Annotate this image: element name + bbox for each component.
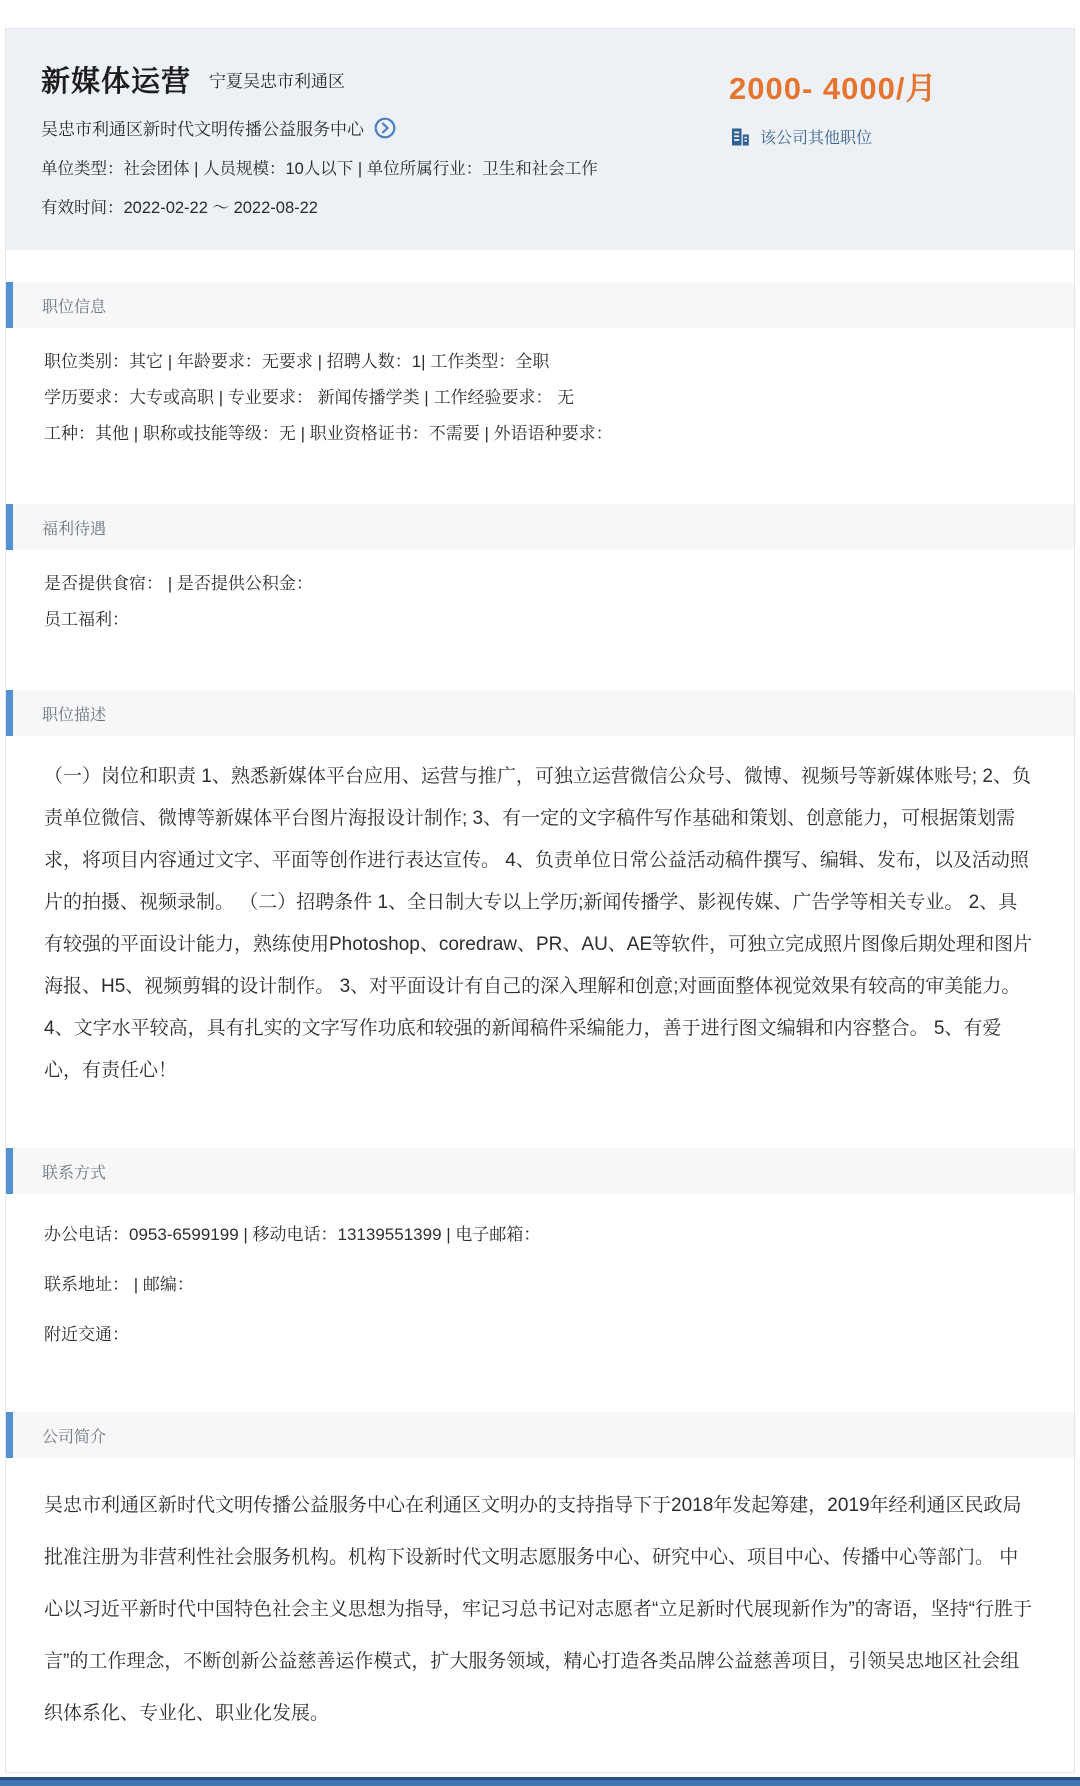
contact-line: 附近交通：	[44, 1310, 1036, 1360]
benefits-line: 员工福利：	[44, 602, 1036, 638]
section-title-text: 职位信息	[42, 294, 106, 317]
title-row: 新媒体运营 宁夏吴忠市利通区	[41, 59, 729, 100]
job-description-text: （一）岗位和职责 1、熟悉新媒体平台应用、运营与推广，可独立运营微信公众号、微博…	[44, 756, 1036, 1092]
section-company-intro: 公司简介 吴忠市利通区新时代文明传播公益服务中心在利通区文明办的支持指导下于20…	[6, 1412, 1074, 1766]
job-info-line: 学历要求：大专或高职 | 专业要求： 新闻传播学类 | 工作经验要求： 无	[44, 380, 1036, 416]
job-location: 宁夏吴忠市利通区	[209, 67, 345, 92]
section-body-job-info: 职位类别：其它 | 年龄要求：无要求 | 招聘人数：1| 工作类型：全职 学历要…	[6, 328, 1074, 472]
section-title-text: 职位描述	[42, 702, 106, 725]
job-header-right: 2000- 4000/月 该公司其他职位	[729, 59, 1034, 218]
section-title-benefits: 福利待遇	[6, 504, 1074, 550]
job-detail-card: 新媒体运营 宁夏吴忠市利通区 吴忠市利通区新时代文明传播公益服务中心 单位类型：…	[5, 28, 1075, 1773]
salary: 2000- 4000/月	[729, 63, 1034, 108]
job-header-left: 新媒体运营 宁夏吴忠市利通区 吴忠市利通区新时代文明传播公益服务中心 单位类型：…	[41, 59, 729, 218]
job-info-line: 工种：其他 | 职称或技能等级：无 | 职业资格证书：不需要 | 外语语种要求：	[44, 416, 1036, 452]
section-title-contact: 联系方式	[6, 1148, 1074, 1194]
section-title-company-intro: 公司简介	[6, 1412, 1074, 1458]
other-jobs-link[interactable]: 该公司其他职位	[729, 125, 1034, 148]
section-body-benefits: 是否提供食宿： | 是否提供公积金： 员工福利：	[6, 550, 1074, 658]
company-row: 吴忠市利通区新时代文明传播公益服务中心	[41, 115, 729, 140]
circle-arrow-right-icon[interactable]	[374, 117, 396, 139]
valid-time: 有效时间：2022-02-22 ～ 2022-08-22	[41, 194, 729, 218]
section-job-description: 职位描述 （一）岗位和职责 1、熟悉新媒体平台应用、运营与推广，可独立运营微信公…	[6, 690, 1074, 1116]
job-info-line: 职位类别：其它 | 年龄要求：无要求 | 招聘人数：1| 工作类型：全职	[44, 344, 1036, 380]
benefits-line: 是否提供食宿： | 是否提供公积金：	[44, 566, 1036, 602]
contact-line: 联系地址： | 邮编：	[44, 1260, 1036, 1310]
section-contact: 联系方式 办公电话：0953-6599199 | 移动电话：1313955139…	[6, 1148, 1074, 1380]
bottom-divider-bar	[0, 1777, 1080, 1786]
section-title-text: 福利待遇	[42, 516, 106, 539]
section-title-text: 公司简介	[42, 1424, 106, 1447]
job-title: 新媒体运营	[41, 59, 191, 100]
section-benefits: 福利待遇 是否提供食宿： | 是否提供公积金： 员工福利：	[6, 504, 1074, 658]
section-title-job-info: 职位信息	[6, 282, 1074, 328]
job-header: 新媒体运营 宁夏吴忠市利通区 吴忠市利通区新时代文明传播公益服务中心 单位类型：…	[6, 29, 1074, 250]
other-jobs-label: 该公司其他职位	[760, 125, 872, 148]
section-body-job-description: （一）岗位和职责 1、熟悉新媒体平台应用、运营与推广，可独立运营微信公众号、微博…	[6, 736, 1074, 1116]
section-body-company-intro: 吴忠市利通区新时代文明传播公益服务中心在利通区文明办的支持指导下于2018年发起…	[6, 1458, 1074, 1766]
section-title-text: 联系方式	[42, 1160, 106, 1183]
company-intro-text: 吴忠市利通区新时代文明传播公益服务中心在利通区文明办的支持指导下于2018年发起…	[44, 1480, 1036, 1740]
section-job-info: 职位信息 职位类别：其它 | 年龄要求：无要求 | 招聘人数：1| 工作类型：全…	[6, 282, 1074, 472]
office-building-icon	[729, 126, 751, 148]
unit-meta: 单位类型：社会团体 | 人员规模：10人以下 | 单位所属行业：卫生和社会工作	[41, 155, 729, 179]
contact-line: 办公电话：0953-6599199 | 移动电话：13139551399 | 电…	[44, 1210, 1036, 1260]
section-title-job-description: 职位描述	[6, 690, 1074, 736]
section-body-contact: 办公电话：0953-6599199 | 移动电话：13139551399 | 电…	[6, 1194, 1074, 1380]
company-name: 吴忠市利通区新时代文明传播公益服务中心	[41, 115, 364, 140]
